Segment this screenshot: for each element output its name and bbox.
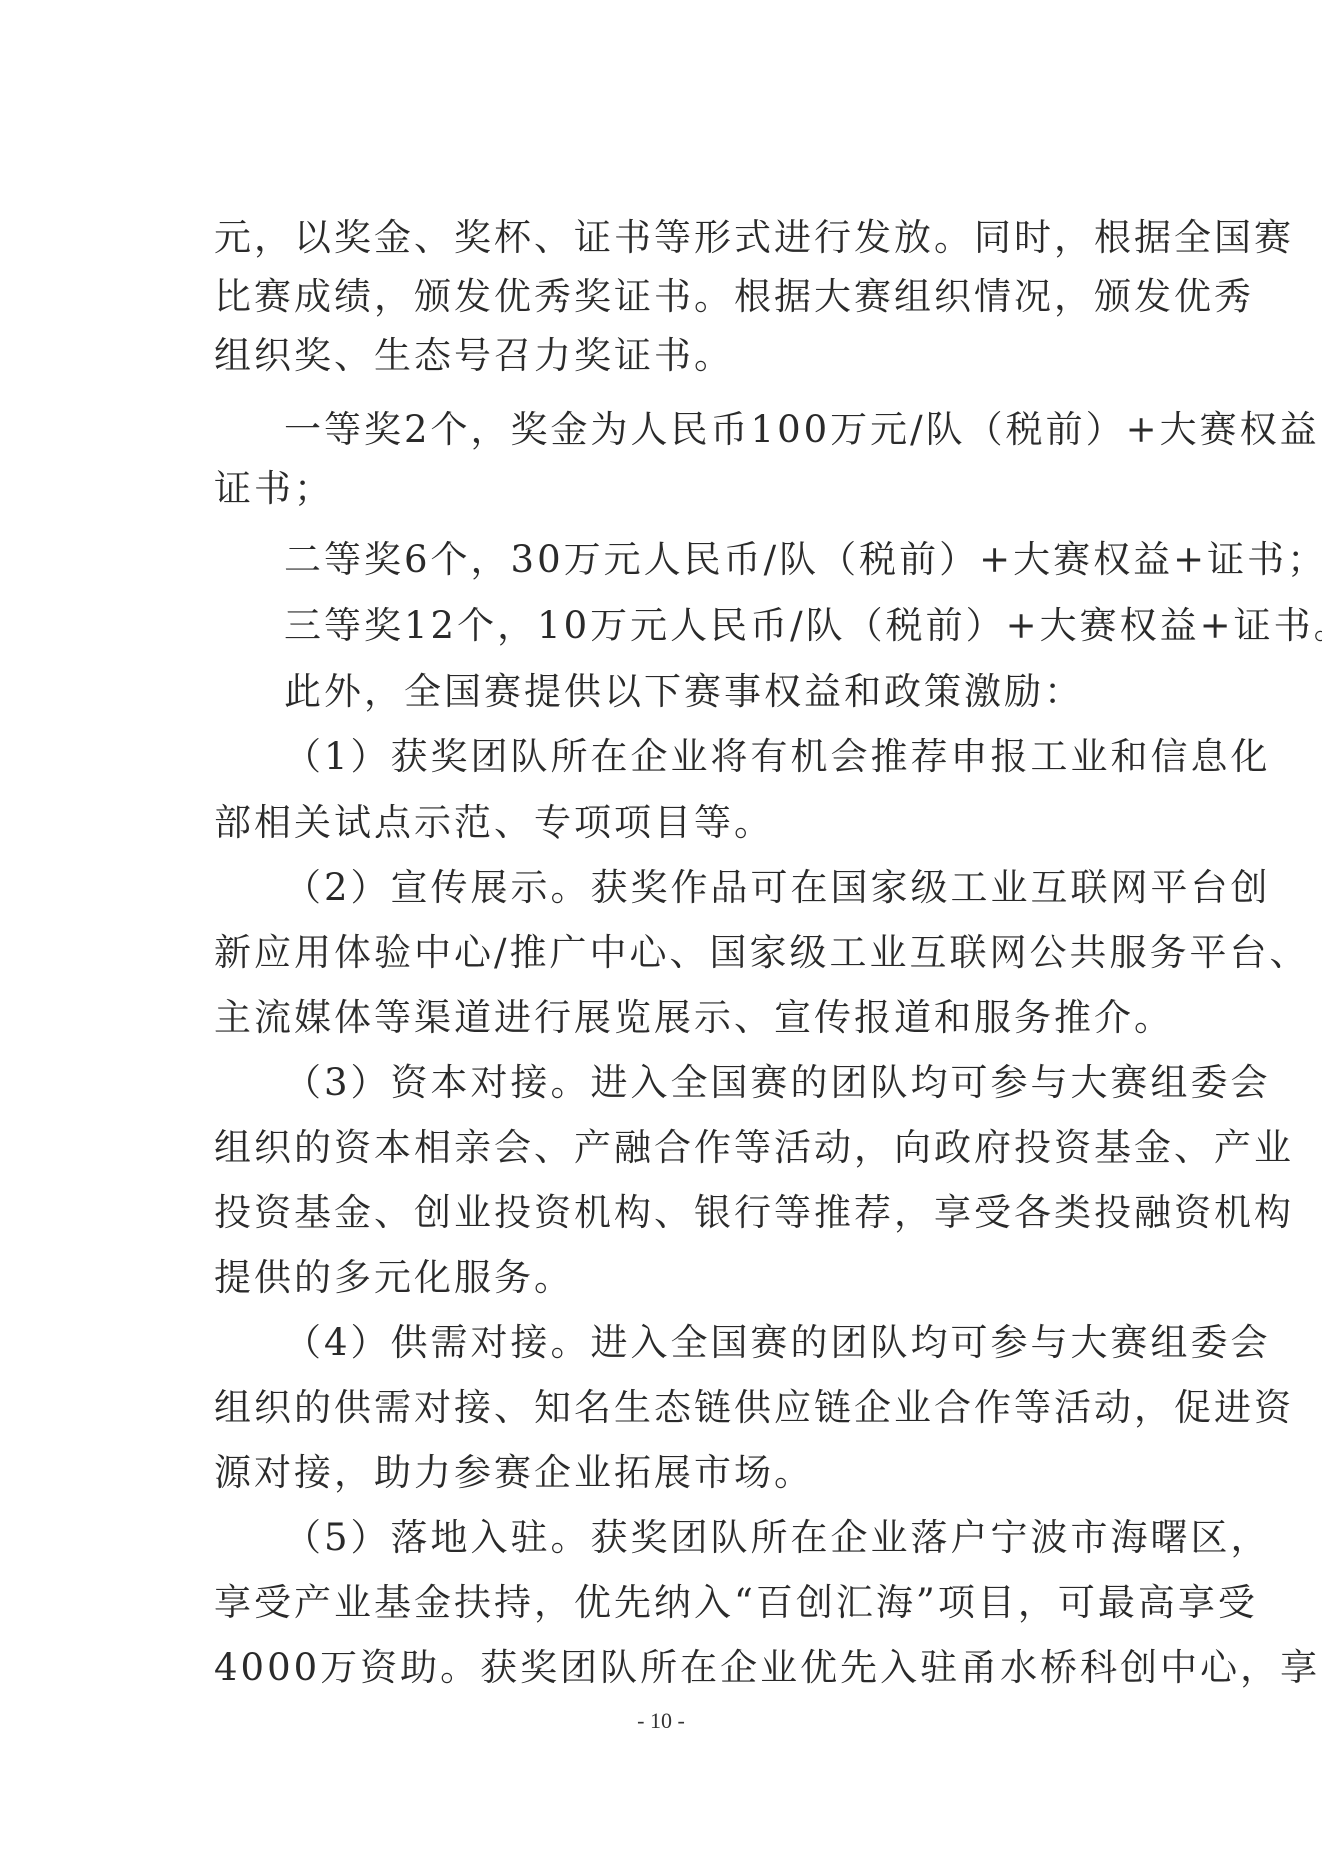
text-line: （2）宣传展示。获奖作品可在国家级工业互联网平台创 xyxy=(214,858,1110,918)
text-line: 享受产业基金扶持，优先纳入“百创汇海”项目，可最高享受 xyxy=(214,1573,1110,1633)
text-line: 提供的多元化服务。 xyxy=(214,1248,1110,1308)
text-line: 三等奖12个，10万元人民币/队（税前）+大赛权益+证书。 xyxy=(214,596,1110,656)
text-line: （4）供需对接。进入全国赛的团队均可参与大赛组委会 xyxy=(214,1313,1110,1373)
text-line: （1）获奖团队所在企业将有机会推荐申报工业和信息化 xyxy=(214,727,1110,787)
text-line: （5）落地入驻。获奖团队所在企业落户宁波市海曙区， xyxy=(214,1508,1110,1568)
text-line: 比赛成绩，颁发优秀奖证书。根据大赛组织情况，颁发优秀 xyxy=(214,267,1110,327)
text-line: 新应用体验中心/推广中心、国家级工业互联网公共服务平台、 xyxy=(214,923,1110,983)
text-line: 投资基金、创业投资机构、银行等推荐，享受各类投融资机构 xyxy=(214,1183,1110,1243)
text-line: 组织的资本相亲会、产融合作等活动，向政府投资基金、产业 xyxy=(214,1118,1110,1178)
page-number: - 10 - xyxy=(0,1708,1322,1734)
text-line: 一等奖2个，奖金为人民币100万元/队（税前）+大赛权益+ xyxy=(214,400,1110,460)
text-line: 源对接，助力参赛企业拓展市场。 xyxy=(214,1443,1110,1503)
text-line: 部相关试点示范、专项项目等。 xyxy=(214,793,1110,853)
text-line: 证书； xyxy=(214,459,1110,519)
text-line: 主流媒体等渠道进行展览展示、宣传报道和服务推介。 xyxy=(214,988,1110,1048)
text-line: 元，以奖金、奖杯、证书等形式进行发放。同时，根据全国赛 xyxy=(214,208,1110,268)
text-line: 二等奖6个，30万元人民币/队（税前）+大赛权益+证书； xyxy=(214,530,1110,590)
text-line: 组织的供需对接、知名生态链供应链企业合作等活动，促进资 xyxy=(214,1378,1110,1438)
text-line: 4000万资助。获奖团队所在企业优先入驻甬水桥科创中心，享 xyxy=(214,1638,1110,1698)
text-line: （3）资本对接。进入全国赛的团队均可参与大赛组委会 xyxy=(214,1053,1110,1113)
document-page: 元，以奖金、奖杯、证书等形式进行发放。同时，根据全国赛比赛成绩，颁发优秀奖证书。… xyxy=(0,0,1322,1871)
text-line: 组织奖、生态号召力奖证书。 xyxy=(214,326,1110,386)
text-line: 此外，全国赛提供以下赛事权益和政策激励： xyxy=(214,662,1110,722)
